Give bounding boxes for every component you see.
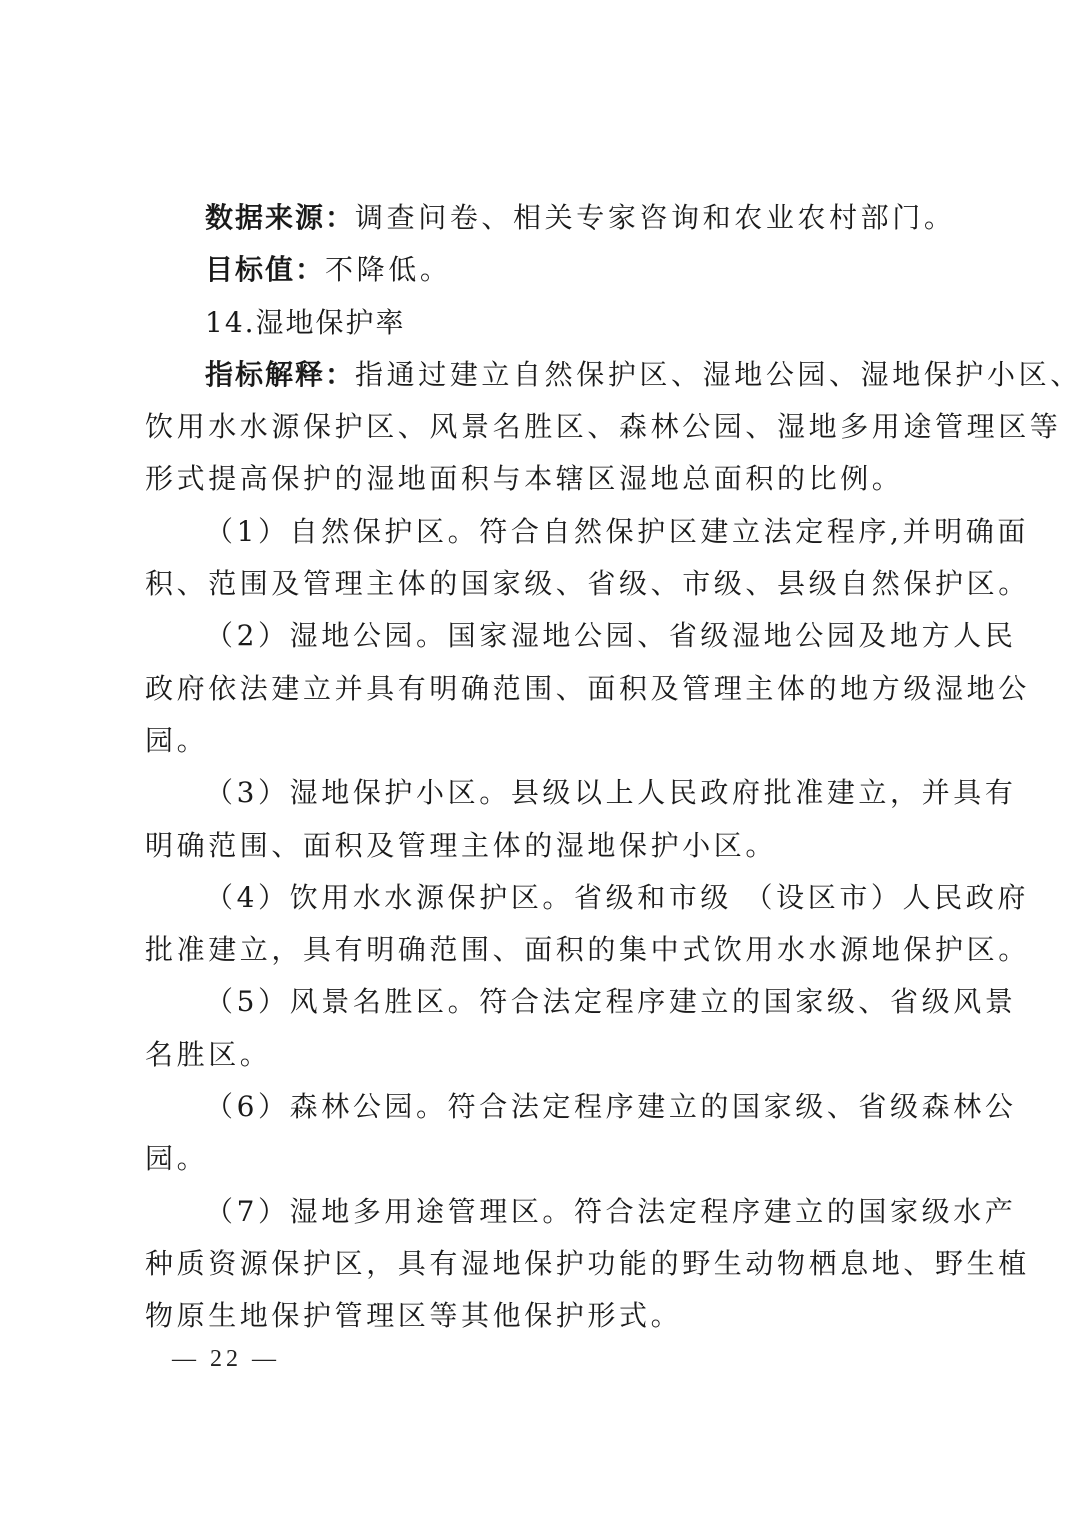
- target-value-text: 不降低。: [325, 253, 451, 286]
- paragraph-line: 园。: [145, 1137, 937, 1189]
- document-page: 数据来源：调查问卷、相关专家咨询和农业农村部门。 目标值：不降低。 14.湿地保…: [145, 196, 937, 1347]
- list-item-nature-reserve: （1）自然保护区。符合自然保护区建立法定程序,并明确面 积、范围及管理主体的国家…: [145, 510, 937, 615]
- list-item-wetland-park: （2）湿地公园。国家湿地公园、省级湿地公园及地方人民 政府依法建立并具有明确范围…: [145, 614, 937, 771]
- list-item-wetland-protection-area: （3）湿地保护小区。县级以上人民政府批准建立，并具有 明确范围、面积及管理主体的…: [145, 771, 937, 876]
- paragraph-line: 批准建立，具有明确范围、面积的集中式饮用水水源地保护区。: [145, 928, 937, 980]
- indicator-explanation-paragraph: 指标解释：指通过建立自然保护区、湿地公园、湿地保护小区、 饮用水水源保护区、风景…: [145, 353, 937, 510]
- paragraph-line: （3）湿地保护小区。县级以上人民政府批准建立，并具有: [145, 771, 937, 823]
- paragraph-line: 种质资源保护区，具有湿地保护功能的野生动物栖息地、野生植: [145, 1242, 937, 1294]
- paragraph-line: 名胜区。: [145, 1033, 937, 1085]
- list-item-scenic-area: （5）风景名胜区。符合法定程序建立的国家级、省级风景 名胜区。: [145, 980, 937, 1085]
- data-source-paragraph: 数据来源：调查问卷、相关专家咨询和农业农村部门。: [145, 196, 937, 248]
- data-source-text: 调查问卷、相关专家咨询和农业农村部门。: [355, 201, 955, 234]
- section-heading: 14.湿地保护率: [145, 301, 937, 353]
- paragraph-line: 园。: [145, 719, 937, 771]
- data-source-label: 数据来源：: [205, 201, 355, 234]
- indicator-explanation-text: 指通过建立自然保护区、湿地公园、湿地保护小区、: [355, 358, 1074, 391]
- paragraph-line: （4）饮用水水源保护区。省级和市级 （设区市）人民政府: [145, 876, 937, 928]
- target-value-label: 目标值：: [205, 253, 325, 286]
- target-value-paragraph: 目标值：不降低。: [145, 248, 937, 300]
- paragraph-line: 政府依法建立并具有明确范围、面积及管理主体的地方级湿地公: [145, 667, 937, 719]
- indicator-explanation-label: 指标解释：: [205, 358, 355, 391]
- list-item-forest-park: （6）森林公园。符合法定程序建立的国家级、省级森林公 园。: [145, 1085, 937, 1190]
- paragraph-line: 饮用水水源保护区、风景名胜区、森林公园、湿地多用途管理区等: [145, 405, 937, 457]
- paragraph-line: （1）自然保护区。符合自然保护区建立法定程序,并明确面: [145, 510, 937, 562]
- paragraph-line: （2）湿地公园。国家湿地公园、省级湿地公园及地方人民: [145, 614, 937, 666]
- paragraph-line: （6）森林公园。符合法定程序建立的国家级、省级森林公: [145, 1085, 937, 1137]
- paragraph-line: （5）风景名胜区。符合法定程序建立的国家级、省级风景: [145, 980, 937, 1032]
- list-item-drinking-water-source: （4）饮用水水源保护区。省级和市级 （设区市）人民政府 批准建立，具有明确范围、…: [145, 876, 937, 981]
- list-item-multi-use-area: （7）湿地多用途管理区。符合法定程序建立的国家级水产 种质资源保护区，具有湿地保…: [145, 1190, 937, 1347]
- paragraph-line: 物原生地保护管理区等其他保护形式。: [145, 1294, 937, 1346]
- paragraph-line: 指标解释：指通过建立自然保护区、湿地公园、湿地保护小区、: [145, 353, 937, 405]
- page-number: — 22 —: [172, 1346, 280, 1373]
- paragraph-line: 积、范围及管理主体的国家级、省级、市级、县级自然保护区。: [145, 562, 937, 614]
- paragraph-line: （7）湿地多用途管理区。符合法定程序建立的国家级水产: [145, 1190, 937, 1242]
- paragraph-line: 明确范围、面积及管理主体的湿地保护小区。: [145, 824, 937, 876]
- paragraph-line: 形式提高保护的湿地面积与本辖区湿地总面积的比例。: [145, 457, 937, 509]
